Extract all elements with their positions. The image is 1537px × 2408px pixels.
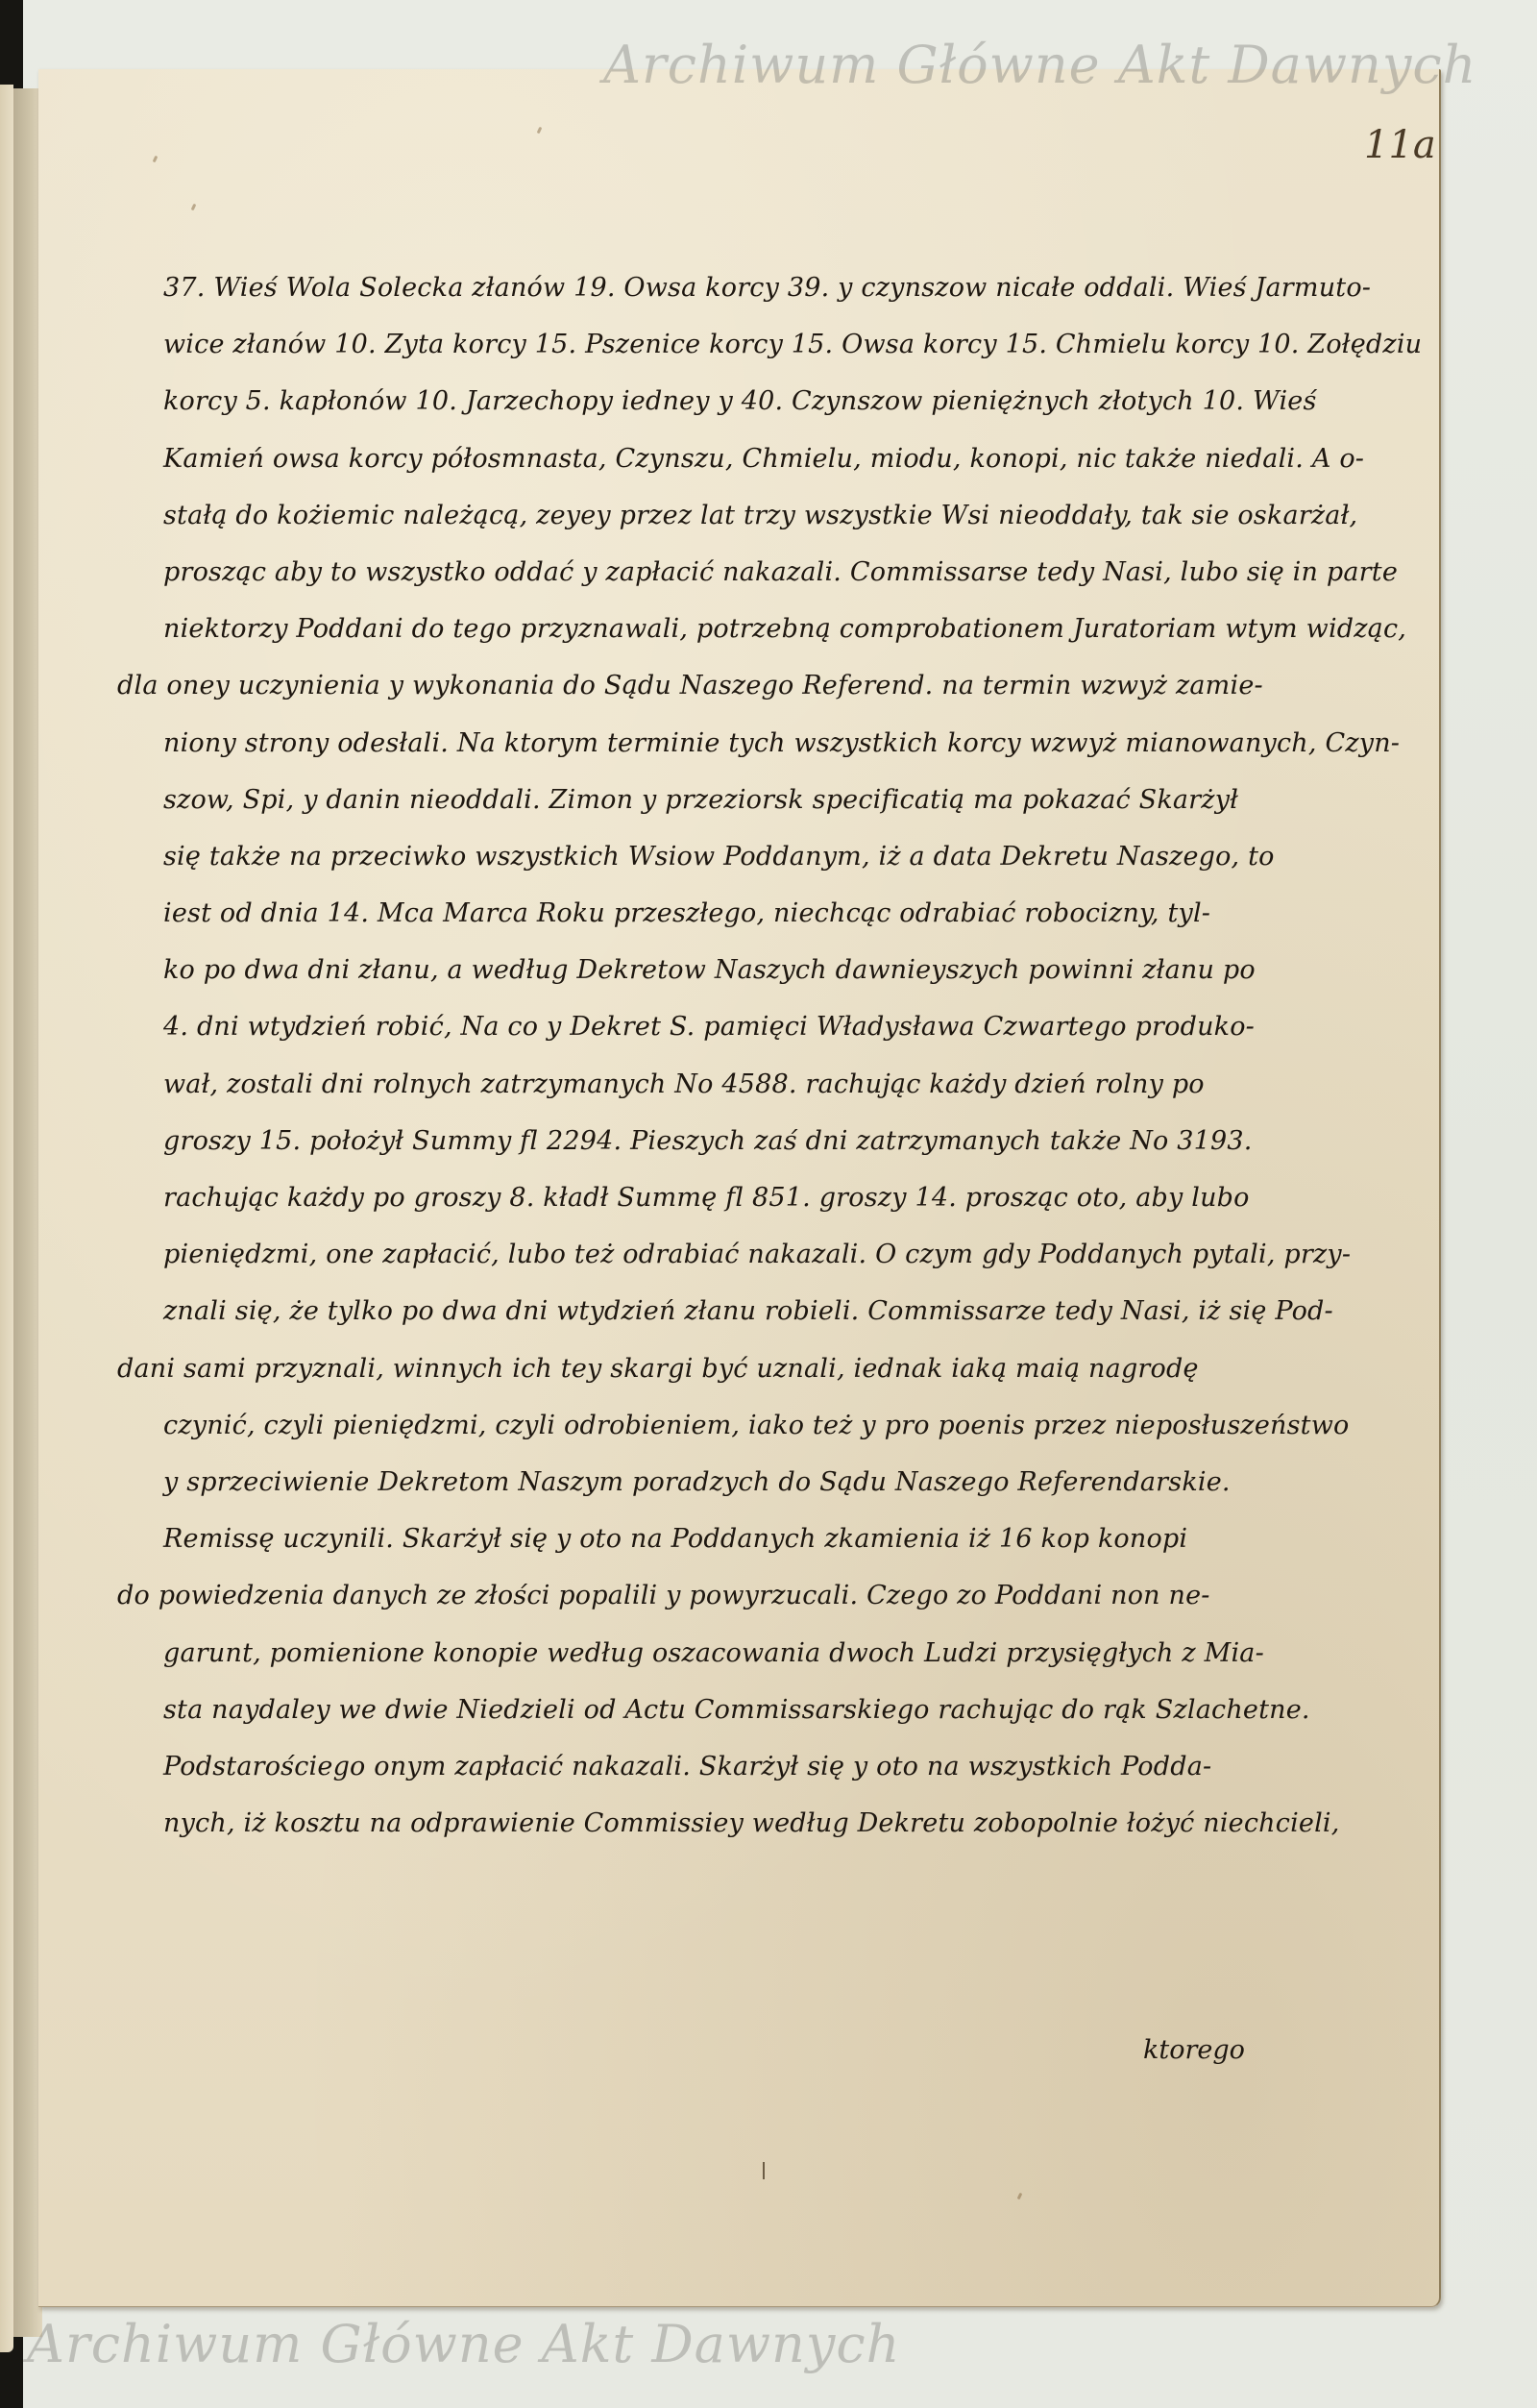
manuscript-line: korcy 5. kapłonów 10. Jarzechopy iedney … <box>163 373 1345 430</box>
manuscript-scan: Archiwum Główne Akt Dawnych 11a 37. Wieś… <box>0 0 1537 2408</box>
manuscript-line: wał, zostali dni rolnych zatrzymanych No… <box>163 1056 1345 1113</box>
manuscript-line: wice złanów 10. Zyta korcy 15. Pszenice … <box>163 316 1345 373</box>
previous-leaf-edge <box>0 85 13 2352</box>
archive-watermark-top: Archiwum Główne Akt Dawnych <box>603 35 1476 95</box>
manuscript-line: Podstarościego onym zapłacić nakazali. S… <box>163 1738 1345 1795</box>
manuscript-line: rachując każdy po groszy 8. kładł Summę … <box>163 1169 1345 1226</box>
manuscript-line: niony strony odesłali. Na ktorym termini… <box>163 715 1345 772</box>
archive-watermark-bottom: Archiwum Główne Akt Dawnych <box>27 2314 900 2374</box>
manuscript-line: stałą do kożiemic należącą, zeyey przez … <box>163 487 1345 544</box>
manuscript-text: 37. Wieś Wola Solecka złanów 19. Owsa ko… <box>163 259 1345 1852</box>
manuscript-line: pieniędzmi, one zapłacić, lubo też odrab… <box>163 1226 1345 1283</box>
manuscript-line: znali się, że tylko po dwa dni wtydzień … <box>163 1283 1345 1339</box>
manuscript-line: iest od dnia 14. Mca Marca Roku przeszłe… <box>163 885 1345 942</box>
manuscript-line: niektorzy Poddani do tego przyznawali, p… <box>163 601 1345 657</box>
manuscript-line: nych, iż kosztu na odprawienie Commissie… <box>163 1795 1345 1852</box>
paper-fleck <box>191 204 197 211</box>
folio-number: 11a <box>1364 123 1436 167</box>
manuscript-line: się także na przeciwko wszystkich Wsiow … <box>163 828 1345 885</box>
manuscript-line: dani sami przyznali, winnych ich tey ska… <box>117 1340 1345 1397</box>
ink-mark <box>763 2162 765 2179</box>
manuscript-line: ko po dwa dni złanu, a według Dekretow N… <box>163 942 1345 998</box>
manuscript-line: sta naydaley we dwie Niedzieli od Actu C… <box>163 1682 1345 1738</box>
manuscript-line: prosząc aby to wszystko oddać y zapłacić… <box>163 544 1345 601</box>
paper-fleck <box>537 127 543 135</box>
manuscript-line: czynić, czyli pieniędzmi, czyli odrobien… <box>163 1397 1345 1454</box>
manuscript-line: Remissę uczynili. Skarżył się y oto na P… <box>163 1511 1345 1567</box>
manuscript-line: groszy 15. położył Summy fl 2294. Pieszy… <box>163 1113 1345 1169</box>
manuscript-line: garunt, pomienione konopie według oszaco… <box>163 1625 1345 1682</box>
manuscript-line: do powiedzenia danych ze złości popalili… <box>117 1567 1345 1624</box>
manuscript-line: szow, Spi, y danin nieoddali. Zimon y pr… <box>163 772 1345 828</box>
manuscript-line: 4. dni wtydzień robić, Na co y Dekret S.… <box>163 998 1345 1055</box>
paper-fleck <box>1017 2193 1023 2200</box>
manuscript-line: dla oney uczynienia y wykonania do Sądu … <box>117 657 1345 714</box>
manuscript-line: Kamień owsa korcy półosmnasta, Czynszu, … <box>163 430 1345 487</box>
manuscript-line: y sprzeciwienie Dekretom Naszym poradzyc… <box>163 1454 1345 1511</box>
paper-fleck <box>153 156 159 163</box>
catchword: ktorego <box>1143 2035 1245 2065</box>
manuscript-line: 37. Wieś Wola Solecka złanów 19. Owsa ko… <box>163 259 1345 316</box>
